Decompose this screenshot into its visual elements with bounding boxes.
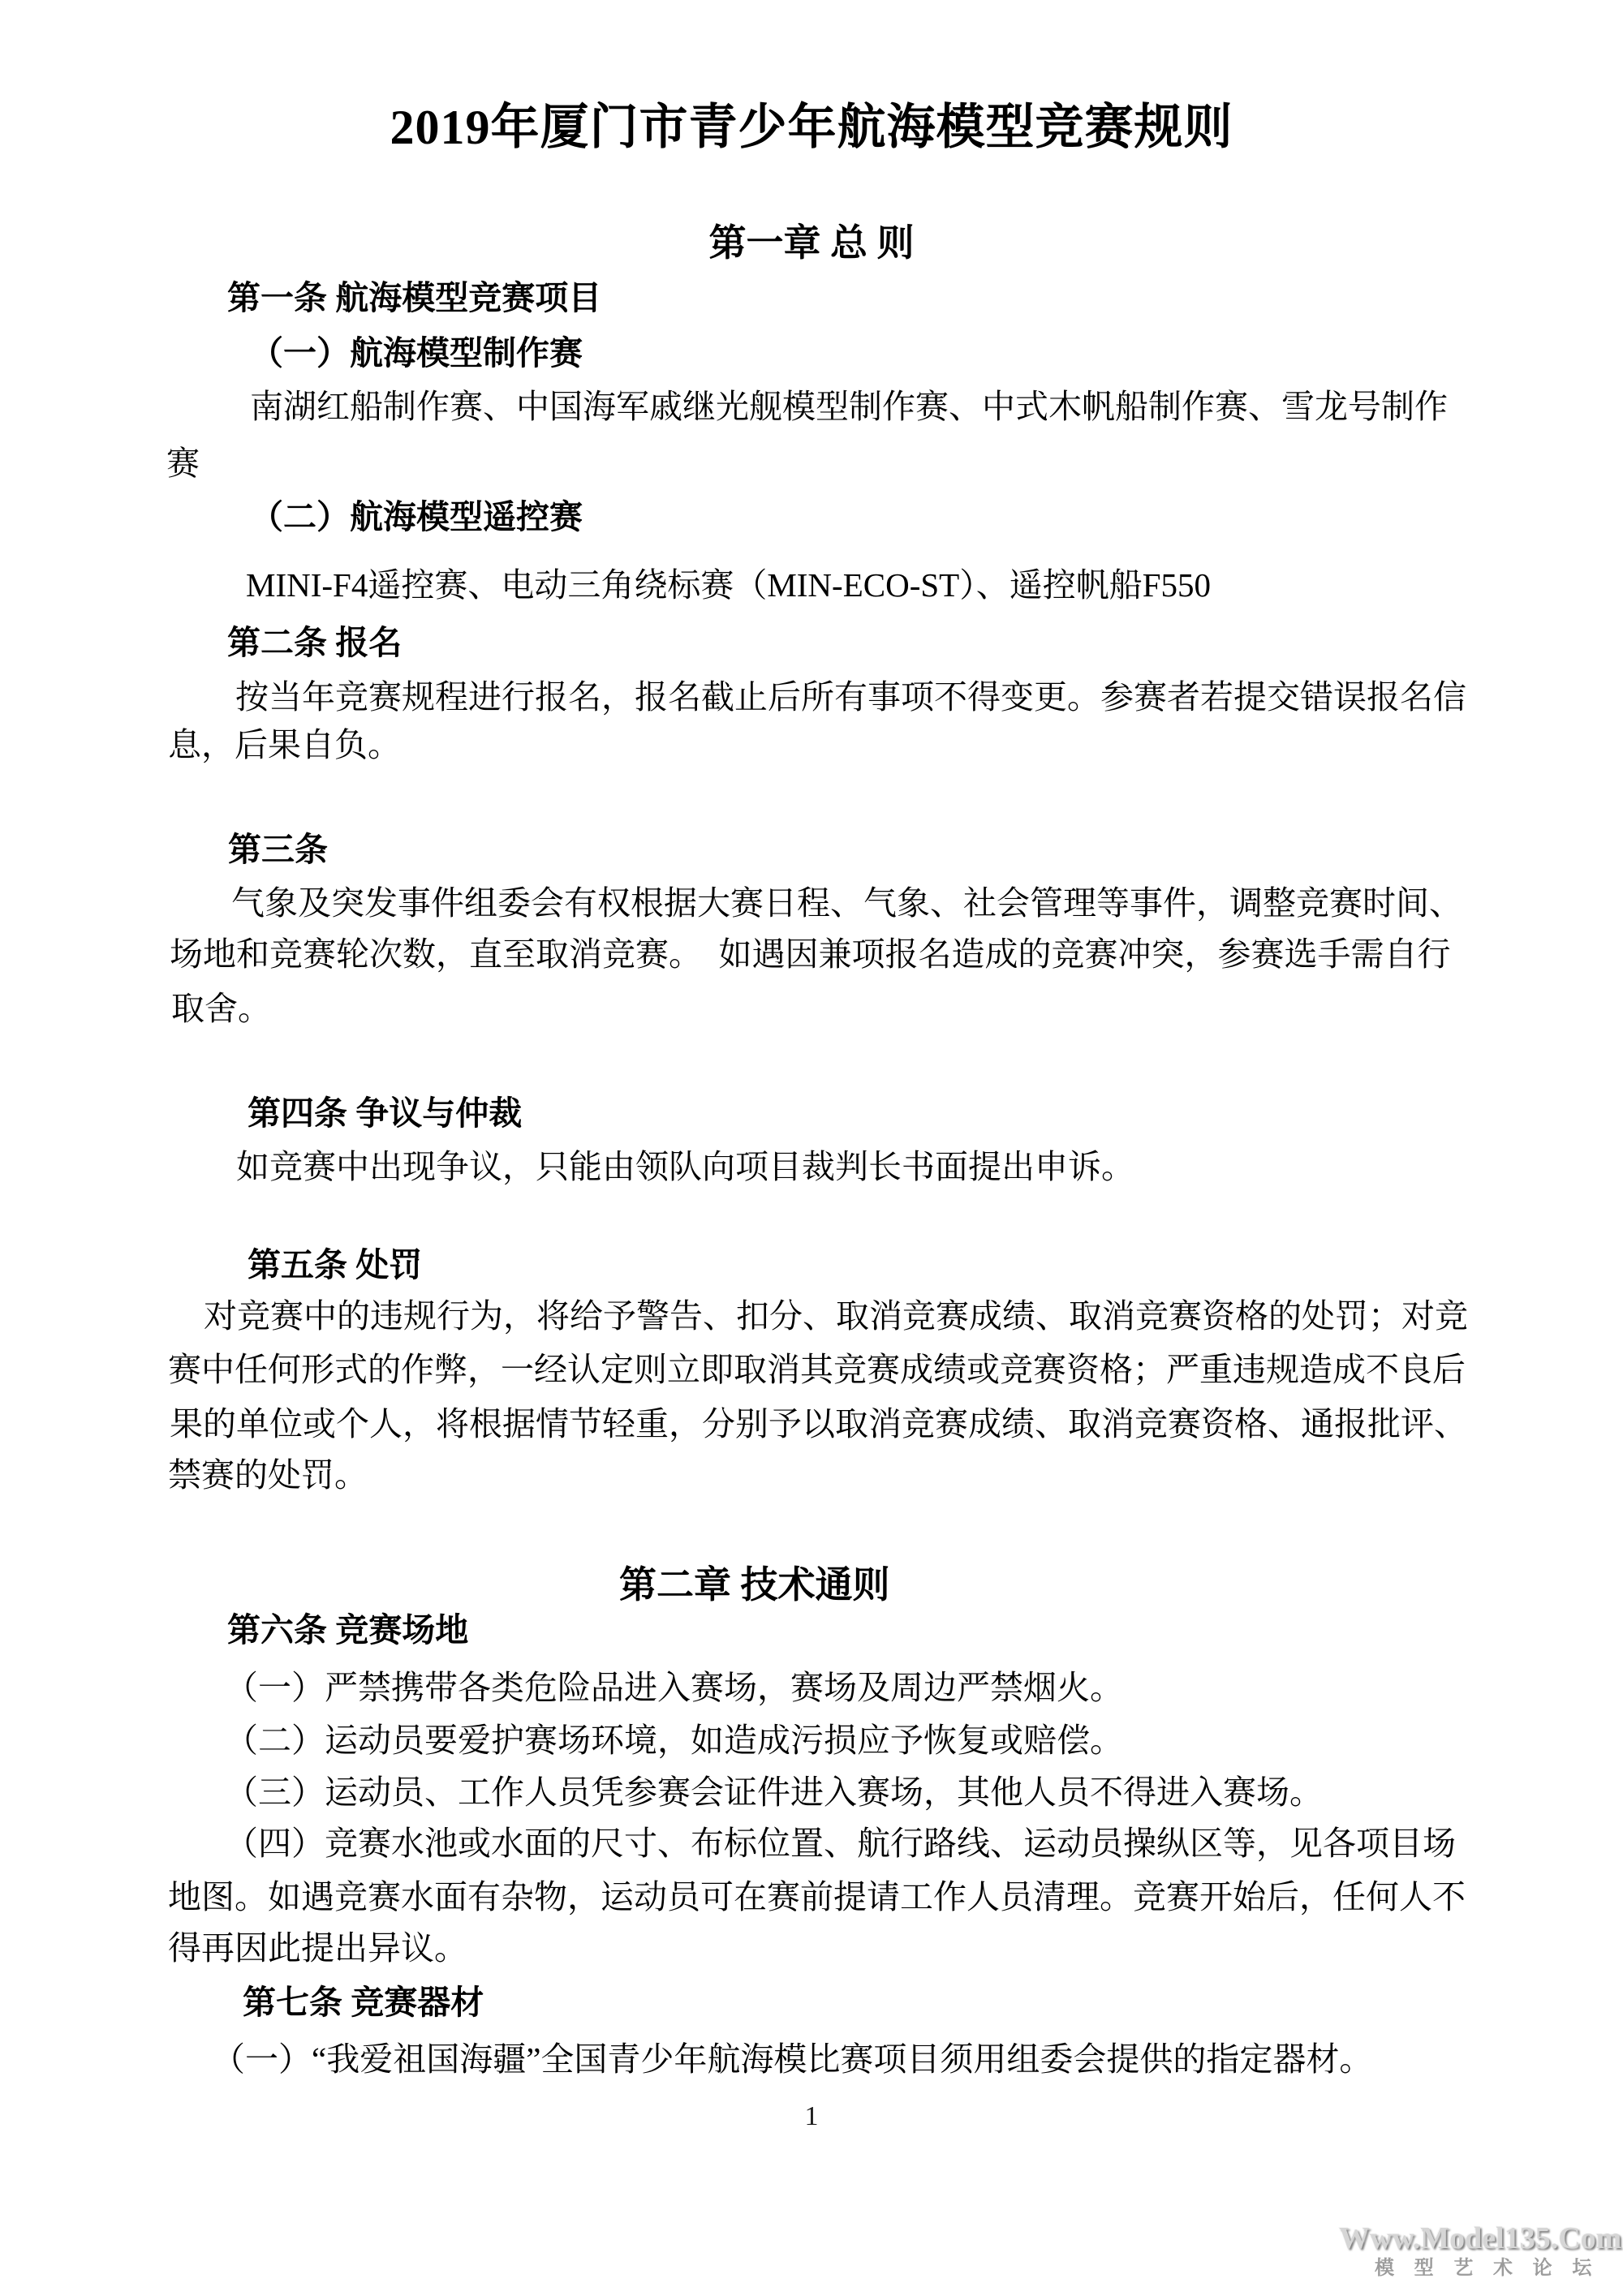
article-4-heading: 第四条 争议与仲裁 [248,1094,522,1132]
article-2-text-line-2: 息，后果自负。 [168,726,401,763]
article-1-item-1-text-line-2: 赛 [166,445,200,482]
article-1-heading: 第一条 航海模型竞赛项目 [227,279,601,316]
page-number: 1 [0,2101,1623,2132]
document-title: 2019年厦门市青少年航海模型竞赛规则 [0,101,1623,154]
article-6-heading: 第六条 竞赛场地 [227,1611,468,1649]
article-3-text-line-1: 气象及突发事件组委会有权根据大赛日程、气象、社会管理等事件，调整竞赛时间、 [231,884,1462,922]
article-6-item-2: （二）运动员要爱护赛场环境，如造成污损应予恢复或赔偿。 [225,1722,1123,1759]
article-3-text-line-3: 取舍。 [171,990,271,1027]
article-6-item-4-line-1: （四）竞赛水池或水面的尺寸、布标位置、航行路线、运动员操纵区等，见各项目场 [225,1825,1456,1862]
article-4-text-line-1: 如竞赛中出现争议，只能由领队向项目裁判长书面提出申诉。 [236,1148,1134,1185]
watermark-site-text: Www.Model135.Com [1339,2221,1621,2255]
article-6-item-3: （三）运动员、工作人员凭参赛会证件进入赛场，其他人员不得进入赛场。 [225,1774,1323,1811]
article-5-text-line-3: 果的单位或个人，将根据情节轻重，分别予以取消竞赛成绩、取消竞赛资格、通报批评、 [170,1405,1467,1443]
article-1-item-2-heading: （二）航海模型遥控赛 [250,498,583,535]
article-1-item-1-heading: （一）航海模型制作赛 [250,334,583,372]
article-5-text-line-1: 对竞赛中的违规行为，将给予警告、扣分、取消竞赛成绩、取消竞赛资格的处罚；对竞 [204,1297,1468,1335]
article-6-item-4-line-2: 地图。如遇竞赛水面有杂物，运动员可在赛前提请工作人员清理。竞赛开始后，任何人不 [168,1878,1466,1915]
article-6-item-1: （一）严禁携带各类危险品进入赛场，赛场及周边严禁烟火。 [225,1669,1123,1706]
chapter-2-heading: 第二章 技术通则 [619,1564,890,1606]
watermark-forum-text: 模 型 艺 术 论 坛 [1375,2257,1599,2280]
article-1-item-1-text-line-1: 南湖红船制作赛、中国海军戚继光舰模型制作赛、中式木帆船制作赛、雪龙号制作 [250,388,1448,425]
article-5-text-line-4: 禁赛的处罚。 [168,1456,368,1494]
article-3-heading: 第三条 [228,831,328,868]
article-5-heading: 第五条 处罚 [248,1246,422,1283]
article-2-text-line-1: 按当年竞赛规程进行报名，报名截止后所有事项不得变更。参赛者若提交错误报名信 [235,678,1466,716]
article-7-item-1: （一）“我爱祖国海疆”全国青少年航海模比赛项目须用组委会提供的指定器材。 [212,2040,1372,2078]
article-1-item-2-text-line-1: MINI-F4遥控赛、电动三角绕标赛（MIN-ECO-ST）、遥控帆船F550 [246,566,1211,604]
document-page: 2019年厦门市青少年航海模型竞赛规则 第一章 总 则 第一条 航海模型竞赛项目… [0,0,1623,2296]
article-6-item-4-line-3: 得再因此提出异议。 [168,1929,467,1967]
article-3-text-line-2: 场地和竞赛轮次数，直至取消竞赛。 如遇因兼项报名造成的竞赛冲突，参赛选手需自行 [170,935,1451,973]
chapter-1-heading: 第一章 总 则 [0,222,1623,264]
article-2-heading: 第二条 报名 [227,624,402,661]
article-7-heading: 第七条 竞赛器材 [243,1984,484,2021]
article-5-text-line-2: 赛中任何形式的作弊，一经认定则立即取消其竞赛成绩或竞赛资格；严重违规造成不良后 [168,1351,1466,1388]
